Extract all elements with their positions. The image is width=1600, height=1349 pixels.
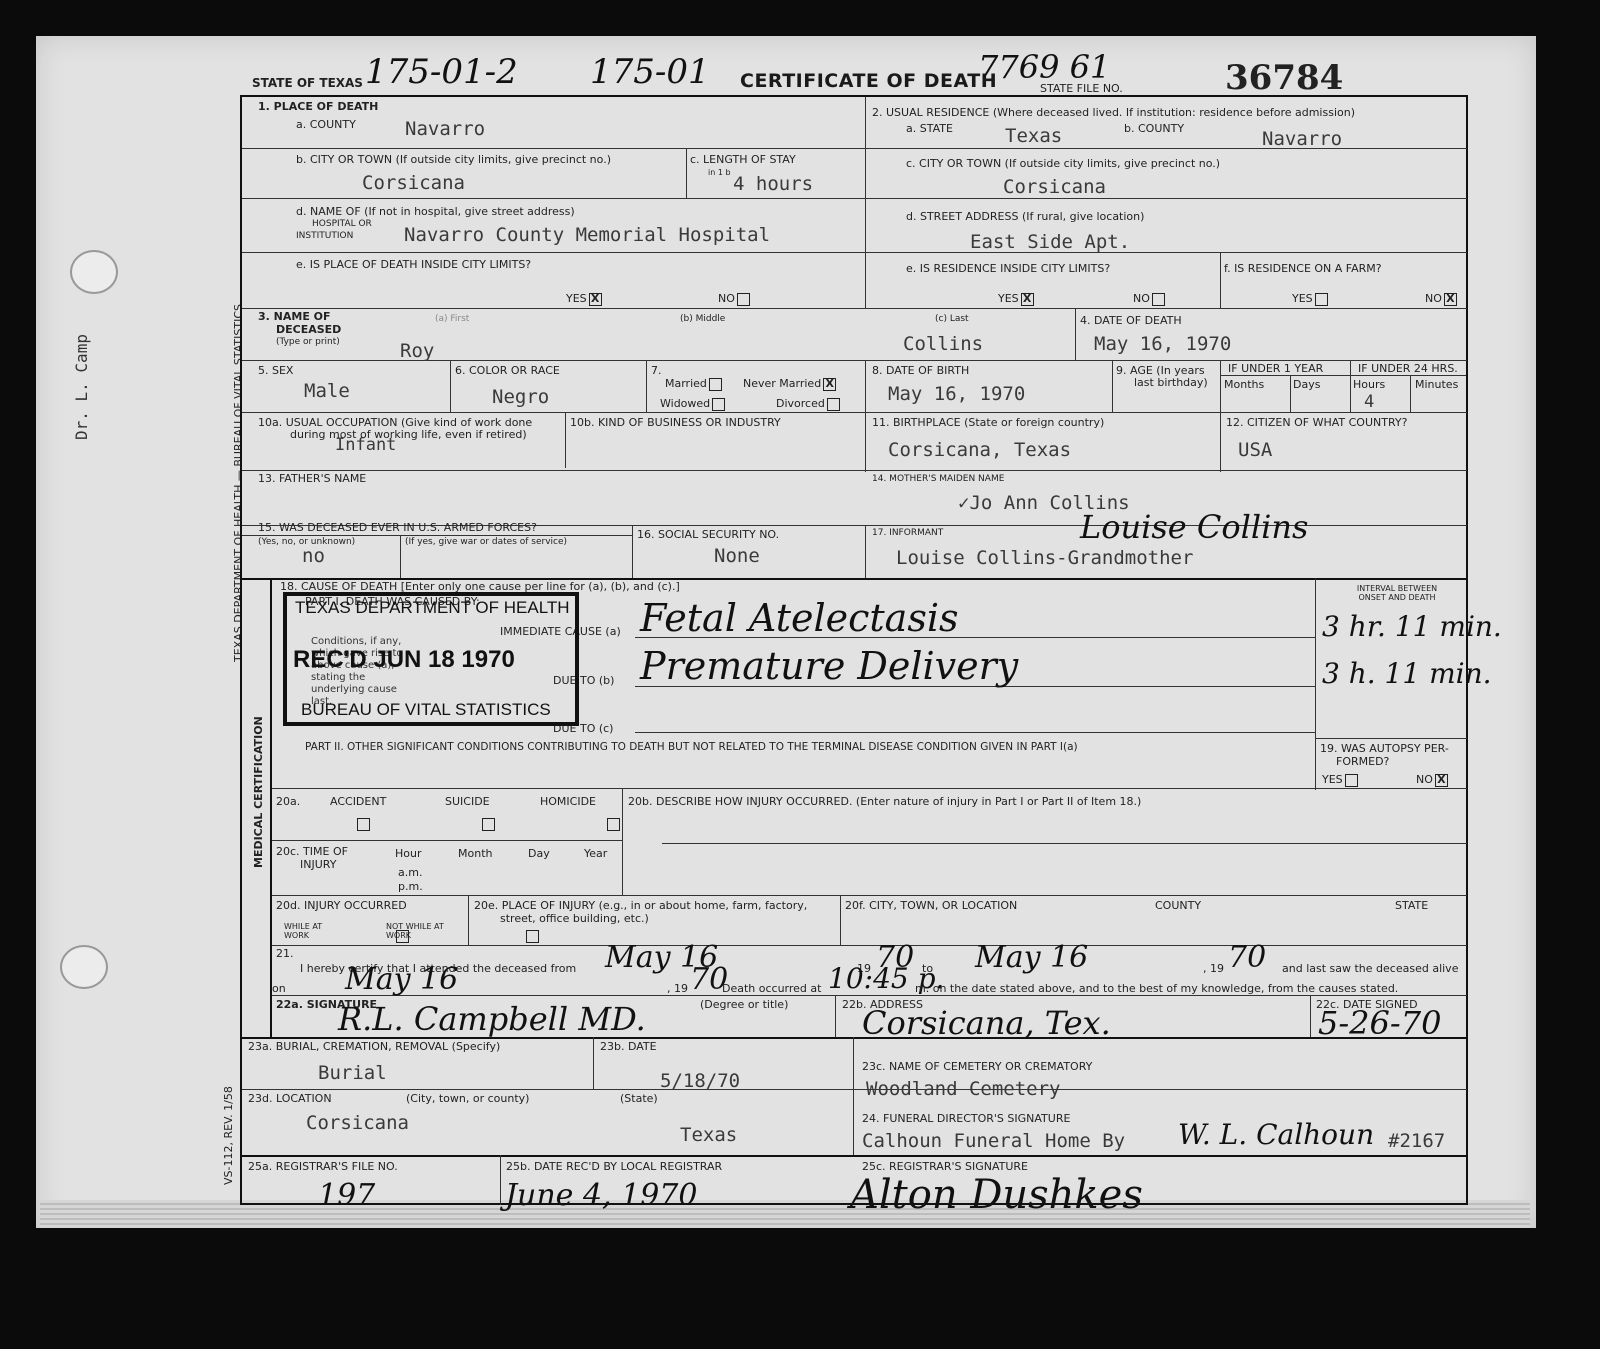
divider xyxy=(468,895,469,945)
residence-inside-limits-no[interactable]: NO xyxy=(1133,292,1165,306)
checkbox[interactable] xyxy=(737,293,750,306)
widowed-label: Widowed xyxy=(660,397,710,410)
divorced-label: Divorced xyxy=(776,397,825,410)
attended-to-date: May 16 xyxy=(975,940,1088,975)
citizen-value: USA xyxy=(1238,439,1272,461)
funeral-license-number: #2167 xyxy=(1388,1130,1445,1152)
name-label: 3. NAME OF xyxy=(258,310,331,323)
checkbox[interactable] xyxy=(827,398,840,411)
hour-label: Hour xyxy=(395,847,422,860)
divider xyxy=(593,1037,594,1089)
year-prefix: , 19 xyxy=(1203,962,1224,975)
divider xyxy=(853,1037,854,1155)
father-name-label: 13. FATHER'S NAME xyxy=(258,472,366,485)
divider xyxy=(1112,360,1113,412)
length-of-stay-value: 4 hours xyxy=(733,173,813,195)
divider xyxy=(1350,360,1351,412)
certification-statement: m. on the date stated above, and to the … xyxy=(915,982,1398,995)
birthplace-label: 11. BIRTHPLACE (State or foreign country… xyxy=(872,416,1104,429)
burial-date-label: 23b. DATE xyxy=(600,1040,657,1053)
injury-description-label: 20b. DESCRIBE HOW INJURY OCCURRED. (Ente… xyxy=(628,795,1141,808)
document-title: CERTIFICATE OF DEATH xyxy=(740,70,997,92)
divider xyxy=(622,788,623,896)
accident-label: ACCIDENT xyxy=(330,795,386,808)
days-label: Days xyxy=(1293,378,1320,391)
no-label: NO xyxy=(718,292,735,305)
cemetery-value: Woodland Cemetery xyxy=(866,1078,1060,1100)
homicide-checkbox[interactable] xyxy=(607,818,620,831)
divider xyxy=(242,308,1467,309)
death-occurred-label: Death occurred at xyxy=(722,982,821,995)
divider xyxy=(835,995,836,1037)
checkbox-checked[interactable]: X xyxy=(1444,293,1457,306)
name-label-line3: (Type or print) xyxy=(276,337,340,347)
last-name-label: (c) Last xyxy=(935,314,969,324)
residence-city-value: Corsicana xyxy=(1003,176,1106,198)
first-name-value: Roy xyxy=(400,340,434,362)
divorced-option[interactable]: Divorced xyxy=(776,397,840,411)
residence-county-label: b. COUNTY xyxy=(1124,122,1184,135)
residence-county-value: Navarro xyxy=(1262,128,1342,150)
burial-state-sub-label: (State) xyxy=(620,1092,658,1105)
punch-hole xyxy=(60,945,108,989)
received-stamp: TEXAS DEPARTMENT OF HEALTH Conditions, i… xyxy=(283,592,579,726)
informant-signature: Louise Collins xyxy=(1080,508,1308,546)
no-label: NO xyxy=(1425,292,1442,305)
divider xyxy=(865,525,866,580)
accident-checkbox[interactable] xyxy=(357,818,370,831)
registrar-file-value: 197 xyxy=(318,1178,375,1213)
sex-value: Male xyxy=(304,380,350,402)
divider xyxy=(272,895,1467,896)
last-seen-date: May 16 xyxy=(345,962,458,997)
injury-state-label: STATE xyxy=(1395,899,1428,912)
divider xyxy=(1075,308,1076,360)
farm-label: f. IS RESIDENCE ON A FARM? xyxy=(1224,262,1382,275)
hours-label: Hours xyxy=(1353,378,1385,391)
handwritten-code-3: 7769 61 xyxy=(978,48,1110,86)
divider xyxy=(272,840,622,841)
physician-signature: R.L. Campbell MD. xyxy=(338,1000,646,1038)
widowed-option[interactable]: Widowed xyxy=(660,397,725,411)
yes-label: YES xyxy=(1292,292,1313,305)
divider xyxy=(865,97,866,309)
business-label: 10b. KIND OF BUSINESS OR INDUSTRY xyxy=(570,416,781,429)
divider xyxy=(1410,375,1411,412)
death-inside-limits-no[interactable]: NO xyxy=(718,292,750,306)
injury-occurred-label: 20d. INJURY OCCURRED xyxy=(276,899,407,912)
checkbox-checked[interactable]: X xyxy=(589,293,602,306)
never-married-option[interactable]: Never MarriedX xyxy=(743,377,836,391)
death-county-value: Navarro xyxy=(405,118,485,140)
never-married-label: Never Married xyxy=(743,377,821,390)
date-of-birth-value: May 16, 1970 xyxy=(888,383,1025,405)
residence-state-label: a. STATE xyxy=(906,122,953,135)
divider xyxy=(500,1155,501,1205)
minutes-label: Minutes xyxy=(1415,378,1458,391)
year-label: Year xyxy=(584,847,607,860)
divider xyxy=(242,1089,1467,1090)
yes-label: YES xyxy=(566,292,587,305)
checkbox[interactable] xyxy=(1315,293,1328,306)
hospital-label-line2: HOSPITAL OR xyxy=(312,219,372,229)
registrar-date-value: June 4, 1970 xyxy=(505,1178,697,1213)
burial-city-value: Corsicana xyxy=(306,1112,409,1134)
date-of-death-label: 4. DATE OF DEATH xyxy=(1080,314,1182,327)
place-of-injury-label-line2: street, office building, etc.) xyxy=(500,912,649,925)
stamp-received-date: REC'D JUN 18 1970 xyxy=(293,646,515,674)
first-name-label: (a) First xyxy=(435,314,469,324)
injury-city-label: 20f. CITY, TOWN, OR LOCATION xyxy=(845,899,1017,912)
age-label-line2: last birthday) xyxy=(1134,376,1208,389)
divider xyxy=(1220,360,1221,472)
name-label-line2: DECEASED xyxy=(276,323,341,336)
farm-yes[interactable]: YES xyxy=(1292,292,1328,306)
hospital-label: d. NAME OF (If not in hospital, give str… xyxy=(296,205,575,218)
under-day-label: IF UNDER 24 HRS. xyxy=(1358,362,1458,375)
divider xyxy=(686,148,687,198)
divider xyxy=(1310,995,1311,1037)
length-of-stay-label: c. LENGTH OF STAY xyxy=(690,153,796,166)
state-file-number: 36784 xyxy=(1225,58,1343,98)
physician-address: Corsicana, Tex. xyxy=(862,1004,1111,1042)
race-label: 6. COLOR OR RACE xyxy=(455,364,560,377)
registrar-file-label: 25a. REGISTRAR'S FILE NO. xyxy=(248,1160,398,1173)
pm-label: p.m. xyxy=(398,880,423,893)
checkbox[interactable] xyxy=(712,398,725,411)
handwritten-code-1: 175-01-2 xyxy=(365,52,518,92)
death-inside-limits-yes[interactable]: YESX xyxy=(566,292,602,306)
day-label: Day xyxy=(528,847,550,860)
residence-label: 2. USUAL RESIDENCE (Where deceased lived… xyxy=(872,106,1355,119)
punch-hole xyxy=(70,250,118,294)
place-of-death-label: 1. PLACE OF DEATH xyxy=(258,100,378,113)
month-label: Month xyxy=(458,847,492,860)
last-name-value: Collins xyxy=(903,333,983,355)
residence-city-label: c. CITY OR TOWN (If outside city limits,… xyxy=(906,157,1220,170)
injury-type-label: 20a. xyxy=(276,795,300,808)
no-label: NO xyxy=(1133,292,1150,305)
not-while-at-work-checkbox[interactable] xyxy=(526,930,539,943)
mother-name-label: 14. MOTHER'S MAIDEN NAME xyxy=(872,474,1004,484)
interval-b-value: 3 h. 11 min. xyxy=(1322,657,1492,690)
months-label: Months xyxy=(1224,378,1264,391)
divider xyxy=(450,360,451,412)
yes-label: YES xyxy=(998,292,1019,305)
injury-county-label: COUNTY xyxy=(1155,899,1201,912)
occupation-label-line2: during most of working life, even if ret… xyxy=(290,428,527,441)
divider xyxy=(272,945,1467,946)
divider xyxy=(565,412,566,468)
form-number: VS-112, REV. 1/58 xyxy=(222,1086,235,1185)
date-of-birth-label: 8. DATE OF BIRTH xyxy=(872,364,969,377)
death-county-label: a. COUNTY xyxy=(296,118,356,131)
checkbox-checked[interactable]: X xyxy=(1435,774,1448,787)
birthplace-value: Corsicana, Texas xyxy=(888,439,1071,461)
race-value: Negro xyxy=(492,386,549,408)
armed-service-sub-label: (If yes, give war or dates of service) xyxy=(405,537,567,547)
suicide-checkbox[interactable] xyxy=(482,818,495,831)
hospital-label-line3: INSTITUTION xyxy=(296,231,353,241)
divider xyxy=(242,252,1467,253)
checkbox[interactable] xyxy=(1345,774,1358,787)
date-of-death-value: May 16, 1970 xyxy=(1094,333,1231,355)
burial-city-sub-label: (City, town, or county) xyxy=(406,1092,529,1105)
married-option[interactable]: Married xyxy=(665,377,722,391)
residence-state-value: Texas xyxy=(1005,125,1062,147)
state-of-texas-label: STATE OF TEXAS xyxy=(252,76,363,90)
checkbox-checked[interactable]: X xyxy=(1021,293,1034,306)
certification-number: 21. xyxy=(276,947,294,960)
death-city-value: Corsicana xyxy=(362,172,465,194)
burial-location-label: 23d. LOCATION xyxy=(248,1092,332,1105)
on-label: on xyxy=(272,982,286,995)
autopsy-label-line2: FORMED? xyxy=(1336,755,1389,768)
date-signed-value: 5-26-70 xyxy=(1318,1004,1441,1042)
yes-label: YES xyxy=(1322,773,1343,786)
margin-typed-note: Dr. L. Camp xyxy=(72,334,91,440)
divider xyxy=(635,732,1315,733)
homicide-label: HOMICIDE xyxy=(540,795,596,808)
funeral-director-signature: W. L. Calhoun xyxy=(1178,1118,1374,1151)
death-city-label: b. CITY OR TOWN (If outside city limits,… xyxy=(296,153,611,166)
hospital-value: Navarro County Memorial Hospital xyxy=(404,224,770,246)
interval-label: INTERVAL BETWEEN ONSET AND DEATH xyxy=(1352,584,1442,602)
disposition-label: 23a. BURIAL, CREMATION, REMOVAL (Specify… xyxy=(248,1040,500,1053)
citizen-label: 12. CITIZEN OF WHAT COUNTRY? xyxy=(1226,416,1407,429)
interval-a-value: 3 hr. 11 min. xyxy=(1322,610,1502,643)
length-of-stay-prefix: in 1 b xyxy=(708,168,731,177)
suicide-label: SUICIDE xyxy=(445,795,490,808)
sex-label: 5. SEX xyxy=(258,364,293,377)
farm-no[interactable]: NOX xyxy=(1425,292,1457,306)
divider xyxy=(242,412,1467,413)
divider xyxy=(1315,738,1467,739)
am-label: a.m. xyxy=(398,866,422,879)
autopsy-yes[interactable]: YES xyxy=(1322,773,1358,787)
divider xyxy=(270,578,272,1038)
checkbox[interactable] xyxy=(709,378,722,391)
ssn-label: 16. SOCIAL SECURITY NO. xyxy=(637,528,779,541)
stamp-bureau: BUREAU OF VITAL STATISTICS xyxy=(301,700,551,720)
divider xyxy=(242,535,632,536)
divider xyxy=(1220,252,1221,308)
marital-status-label: 7. xyxy=(651,364,662,377)
year-prefix: , 19 xyxy=(667,982,688,995)
autopsy-no[interactable]: NOX xyxy=(1416,773,1448,787)
divider xyxy=(1220,375,1466,376)
divider xyxy=(1290,375,1291,412)
immediate-cause-value: Fetal Atelectasis xyxy=(640,596,958,640)
ssn-value: None xyxy=(714,545,760,567)
not-while-at-work-label: NOT WHILE AT WORK xyxy=(386,922,446,940)
autopsy-label: 19. WAS AUTOPSY PER- xyxy=(1320,742,1449,755)
stamp-agency: TEXAS DEPARTMENT OF HEALTH xyxy=(295,598,570,618)
burial-date-value: 5/18/70 xyxy=(660,1070,740,1092)
residence-street-label: d. STREET ADDRESS (If rural, give locati… xyxy=(906,210,1144,223)
funeral-director-label: 24. FUNERAL DIRECTOR'S SIGNATURE xyxy=(862,1112,1070,1125)
divider xyxy=(242,1155,1467,1157)
attended-to-year: 70 xyxy=(1228,940,1266,975)
divider xyxy=(646,360,647,412)
place-of-injury-label: 20e. PLACE OF INJURY (e.g., in or about … xyxy=(474,899,807,912)
divider xyxy=(242,198,1467,199)
residence-inside-limits-yes[interactable]: YESX xyxy=(998,292,1034,306)
checkbox-checked[interactable]: X xyxy=(823,378,836,391)
last-saw-alive-text: and last saw the deceased alive xyxy=(1282,962,1458,975)
residence-street-value: East Side Apt. xyxy=(970,231,1130,253)
divider xyxy=(400,535,401,580)
registrar-date-label: 25b. DATE REC'D BY LOCAL REGISTRAR xyxy=(506,1160,722,1173)
no-label: NO xyxy=(1416,773,1433,786)
married-label: Married xyxy=(665,377,707,390)
divider xyxy=(865,360,866,472)
divider xyxy=(1315,578,1316,790)
time-of-injury-label-line2: INJURY xyxy=(300,858,336,871)
divider xyxy=(662,843,1467,844)
while-at-work-label: WHILE AT WORK xyxy=(284,922,329,940)
informant-value: Louise Collins-Grandmother xyxy=(896,547,1193,569)
state-file-label: STATE FILE NO. xyxy=(1040,82,1123,95)
handwritten-code-2: 175-01 xyxy=(590,52,710,92)
degree-label: (Degree or title) xyxy=(700,998,788,1011)
residence-inside-limits-label: e. IS RESIDENCE INSIDE CITY LIMITS? xyxy=(906,262,1110,275)
disposition-value: Burial xyxy=(318,1062,387,1084)
occupation-value: Infant xyxy=(335,435,396,455)
divider xyxy=(632,525,633,580)
divider xyxy=(272,788,1467,789)
under-year-label: IF UNDER 1 YEAR xyxy=(1228,362,1323,375)
armed-forces-label: 15. WAS DECEASED EVER IN U.S. ARMED FORC… xyxy=(258,521,537,534)
burial-state-value: Texas xyxy=(680,1124,737,1146)
age-hours-value: 4 xyxy=(1364,392,1374,412)
informant-label: 17. INFORMANT xyxy=(872,528,943,538)
armed-forces-value: no xyxy=(302,545,325,567)
divider xyxy=(242,470,1467,471)
checkbox[interactable] xyxy=(1152,293,1165,306)
time-of-injury-label: 20c. TIME OF xyxy=(276,845,348,858)
cemetery-label: 23c. NAME OF CEMETERY OR CREMATORY xyxy=(862,1060,1092,1073)
divider xyxy=(840,895,841,945)
middle-name-label: (b) Middle xyxy=(680,314,725,324)
registrar-signature: Alton Dushkes xyxy=(850,1172,1143,1218)
due-to-b-value: Premature Delivery xyxy=(640,644,1018,688)
part2-label: PART II. OTHER SIGNIFICANT CONDITIONS CO… xyxy=(305,741,1078,753)
death-inside-limits-label: e. IS PLACE OF DEATH INSIDE CITY LIMITS? xyxy=(296,258,531,271)
funeral-home-value: Calhoun Funeral Home By xyxy=(862,1130,1125,1152)
